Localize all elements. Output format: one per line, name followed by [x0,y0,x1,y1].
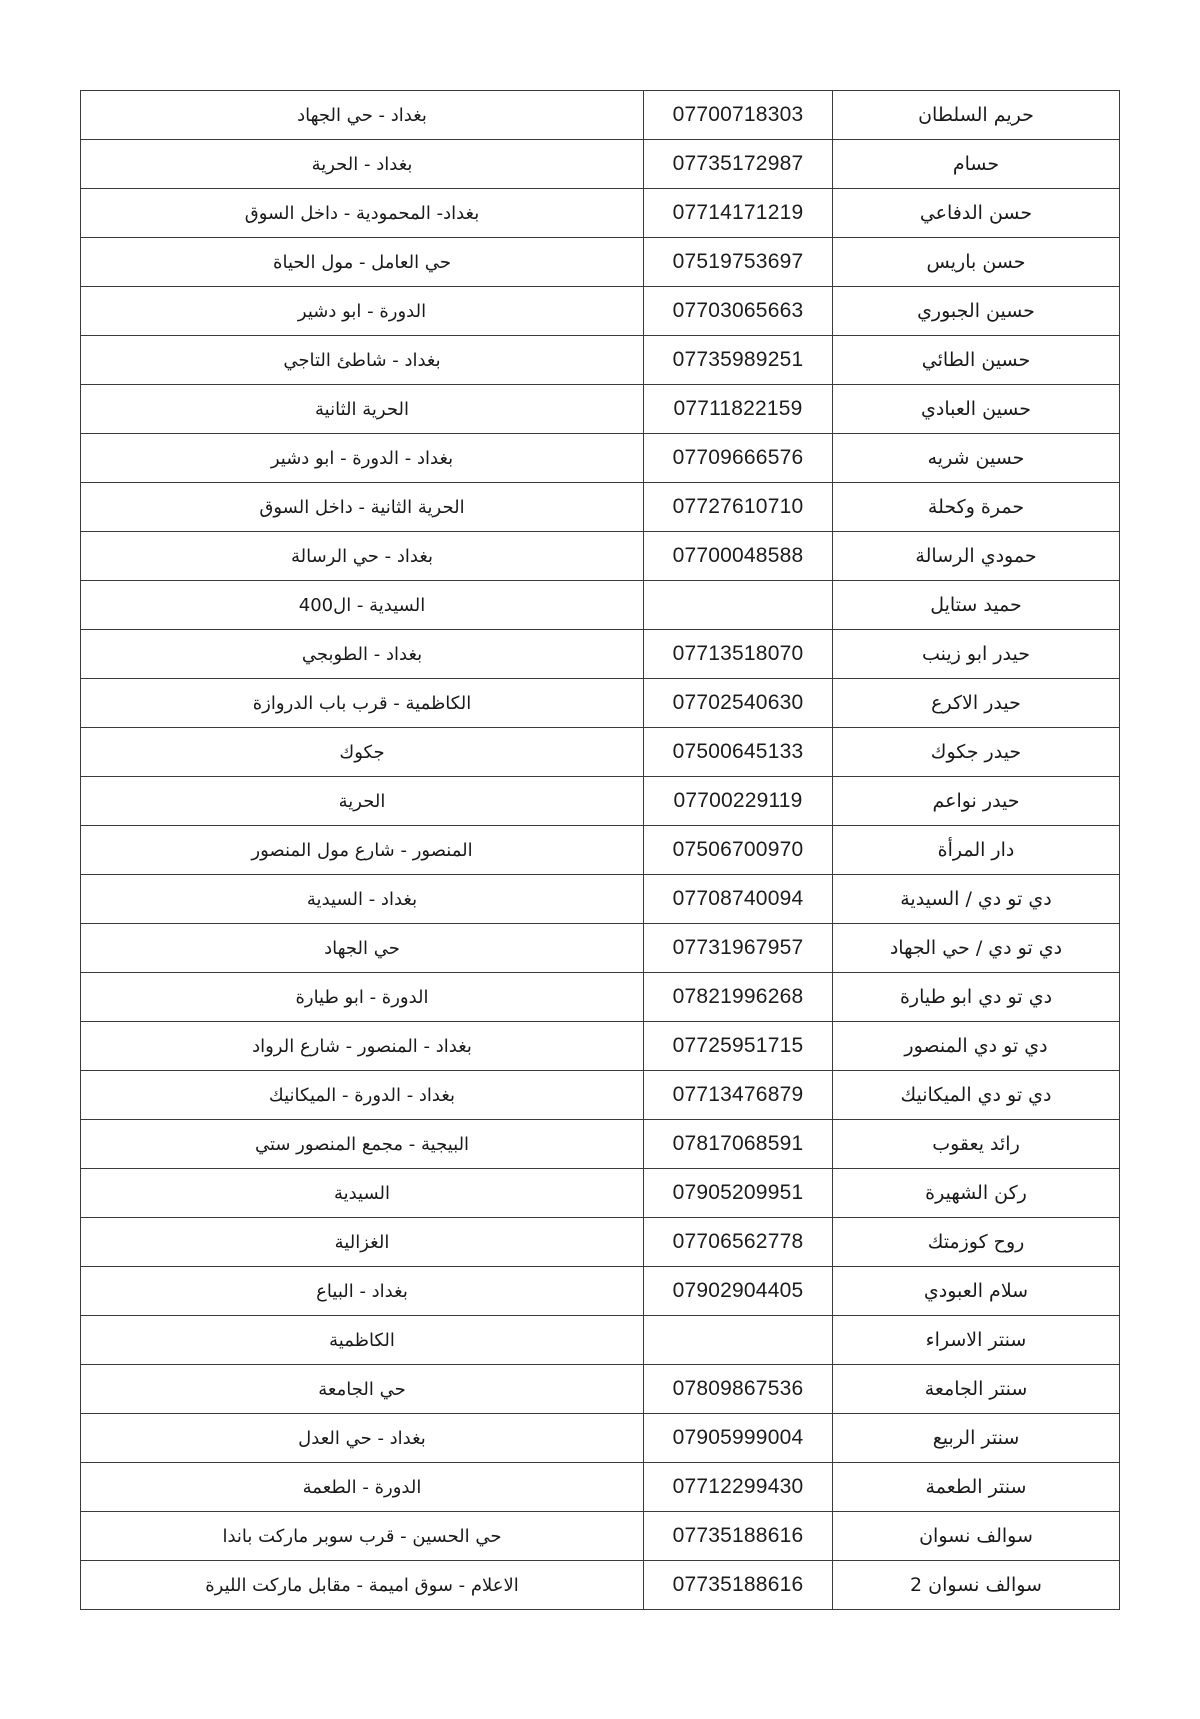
contact-phone-cell: 07700229119 [644,777,833,826]
contact-name-cell: دي تو دي / حي الجهاد [833,924,1120,973]
table-row: حسن الدفاعي 07714171219 بغداد- المحمودية… [81,189,1120,238]
table-row: دي تو دي ابو طيارة 07821996268 الدورة - … [81,973,1120,1022]
table-row: حسام 07735172987 بغداد - الحرية [81,140,1120,189]
contact-name-cell: حيدر نواعم [833,777,1120,826]
contact-address-cell: بغداد - المنصور - شارع الرواد [81,1022,644,1071]
table-row: حريم السلطان 07700718303 بغداد - حي الجه… [81,91,1120,140]
table-row: حسين العبادي 07711822159 الحرية الثانية [81,385,1120,434]
table-row: دي تو دي / السيدية 07708740094 بغداد - ا… [81,875,1120,924]
contact-address-cell: الدورة - ابو طيارة [81,973,644,1022]
contact-name-cell: سوالف نسوان [833,1512,1120,1561]
contact-name-cell: حسن باريس [833,238,1120,287]
contact-phone-cell: 07821996268 [644,973,833,1022]
table-row: دي تو دي / حي الجهاد 07731967957 حي الجه… [81,924,1120,973]
contact-phone-cell [644,581,833,630]
contact-phone-cell: 07905209951 [644,1169,833,1218]
table-row: حميد ستايل السيدية - ال400 [81,581,1120,630]
contact-phone-cell: 07700048588 [644,532,833,581]
contacts-table: حريم السلطان 07700718303 بغداد - حي الجه… [80,90,1120,1610]
contact-phone-cell: 07735188616 [644,1512,833,1561]
contact-address-cell: الكاظمية - قرب باب الدروازة [81,679,644,728]
contact-address-cell: السيدية - ال400 [81,581,644,630]
table-row: دار المرأة 07506700970 المنصور - شارع مو… [81,826,1120,875]
contact-name-cell: حمودي الرسالة [833,532,1120,581]
contact-name-cell: سنتر الجامعة [833,1365,1120,1414]
contact-name-cell: دار المرأة [833,826,1120,875]
contact-address-cell: الحرية الثانية - داخل السوق [81,483,644,532]
contact-phone-cell: 07817068591 [644,1120,833,1169]
contact-address-cell: الحرية الثانية [81,385,644,434]
contact-address-cell: بغداد - شاطئ التاجي [81,336,644,385]
table-row: حمرة وكحلة 07727610710 الحرية الثانية - … [81,483,1120,532]
contact-phone-cell: 07809867536 [644,1365,833,1414]
contact-phone-cell: 07702540630 [644,679,833,728]
contact-name-cell: حيدر جكوك [833,728,1120,777]
contact-name-cell: سنتر الطعمة [833,1463,1120,1512]
contact-address-cell: حي الحسين - قرب سوبر ماركت باندا [81,1512,644,1561]
contact-name-cell: ركن الشهيرة [833,1169,1120,1218]
contact-name-cell: سوالف نسوان 2 [833,1561,1120,1610]
table-row: حمودي الرسالة 07700048588 بغداد - حي الر… [81,532,1120,581]
contact-phone-cell: 07735989251 [644,336,833,385]
contact-address-cell: بغداد - الدورة - ابو دشير [81,434,644,483]
contact-address-cell: الدورة - ابو دشير [81,287,644,336]
contact-address-cell: المنصور - شارع مول المنصور [81,826,644,875]
contact-name-cell: حسين العبادي [833,385,1120,434]
contact-address-cell: حي العامل - مول الحياة [81,238,644,287]
contact-name-cell: حسين الجبوري [833,287,1120,336]
table-row: حيدر جكوك 07500645133 جكوك [81,728,1120,777]
table-row: حيدر ابو زينب 07713518070 بغداد - الطوبج… [81,630,1120,679]
contact-phone-cell: 07711822159 [644,385,833,434]
contact-name-cell: حسين الطائي [833,336,1120,385]
contact-name-cell: سلام العبودي [833,1267,1120,1316]
contact-address-cell: الغزالية [81,1218,644,1267]
contact-phone-cell: 07700718303 [644,91,833,140]
contact-name-cell: سنتر الاسراء [833,1316,1120,1365]
contact-phone-cell: 07713476879 [644,1071,833,1120]
contact-phone-cell: 07727610710 [644,483,833,532]
table-row: رائد يعقوب 07817068591 البيجية - مجمع ال… [81,1120,1120,1169]
contact-address-cell: حي الجامعة [81,1365,644,1414]
contact-address-cell: بغداد - حي الرسالة [81,532,644,581]
contact-phone-cell: 07506700970 [644,826,833,875]
contact-name-cell: دي تو دي المنصور [833,1022,1120,1071]
table-row: سنتر الاسراء الكاظمية [81,1316,1120,1365]
contact-address-cell: السيدية [81,1169,644,1218]
contact-phone-cell: 07713518070 [644,630,833,679]
contact-address-cell: بغداد - حي الجهاد [81,91,644,140]
table-row: سلام العبودي 07902904405 بغداد - البياع [81,1267,1120,1316]
contact-name-cell: سنتر الربيع [833,1414,1120,1463]
table-row: سنتر الجامعة 07809867536 حي الجامعة [81,1365,1120,1414]
table-row: دي تو دي الميكانيك 07713476879 بغداد - ا… [81,1071,1120,1120]
contact-phone-cell: 07712299430 [644,1463,833,1512]
contact-phone-cell: 07731967957 [644,924,833,973]
contact-phone-cell: 07709666576 [644,434,833,483]
contact-address-cell: بغداد - الطوبجي [81,630,644,679]
table-row: ركن الشهيرة 07905209951 السيدية [81,1169,1120,1218]
contact-phone-cell: 07905999004 [644,1414,833,1463]
contact-name-cell: حسام [833,140,1120,189]
contact-name-cell: حسن الدفاعي [833,189,1120,238]
contact-phone-cell: 07703065663 [644,287,833,336]
contact-address-cell: بغداد- المحمودية - داخل السوق [81,189,644,238]
contact-phone-cell: 07725951715 [644,1022,833,1071]
contact-name-cell: حيدر الاكرع [833,679,1120,728]
table-row: دي تو دي المنصور 07725951715 بغداد - الم… [81,1022,1120,1071]
contact-name-cell: حيدر ابو زينب [833,630,1120,679]
table-row: حسين الجبوري 07703065663 الدورة - ابو دش… [81,287,1120,336]
contact-address-cell: بغداد - الحرية [81,140,644,189]
contact-phone-cell: 07735172987 [644,140,833,189]
contact-phone-cell: 07735188616 [644,1561,833,1610]
table-row: حيدر الاكرع 07702540630 الكاظمية - قرب ب… [81,679,1120,728]
table-row: سنتر الطعمة 07712299430 الدورة - الطعمة [81,1463,1120,1512]
table-row: حيدر نواعم 07700229119 الحرية [81,777,1120,826]
contact-address-cell: بغداد - الدورة - الميكانيك [81,1071,644,1120]
table-row: حسين شريه 07709666576 بغداد - الدورة - ا… [81,434,1120,483]
contact-name-cell: دي تو دي الميكانيك [833,1071,1120,1120]
contact-name-cell: حسين شريه [833,434,1120,483]
contact-address-cell: حي الجهاد [81,924,644,973]
table-row: حسن باريس 07519753697 حي العامل - مول ال… [81,238,1120,287]
contact-name-cell: حريم السلطان [833,91,1120,140]
contact-address-cell: بغداد - البياع [81,1267,644,1316]
table-row: سنتر الربيع 07905999004 بغداد - حي العدل [81,1414,1120,1463]
contact-name-cell: دي تو دي ابو طيارة [833,973,1120,1022]
contact-address-cell: الاعلام - سوق اميمة - مقابل ماركت الليرة [81,1561,644,1610]
table-row: روح كوزمتك 07706562778 الغزالية [81,1218,1120,1267]
contact-name-cell: دي تو دي / السيدية [833,875,1120,924]
contact-name-cell: رائد يعقوب [833,1120,1120,1169]
contact-name-cell: حميد ستايل [833,581,1120,630]
contact-address-cell: بغداد - حي العدل [81,1414,644,1463]
contact-address-cell: الكاظمية [81,1316,644,1365]
table-row: سوالف نسوان 07735188616 حي الحسين - قرب … [81,1512,1120,1561]
contact-phone-cell: 07714171219 [644,189,833,238]
contact-phone-cell: 07706562778 [644,1218,833,1267]
contact-address-cell: بغداد - السيدية [81,875,644,924]
contact-phone-cell [644,1316,833,1365]
contacts-table-body: حريم السلطان 07700718303 بغداد - حي الجه… [81,91,1120,1610]
contact-address-cell: البيجية - مجمع المنصور ستي [81,1120,644,1169]
contact-phone-cell: 07519753697 [644,238,833,287]
contact-name-cell: حمرة وكحلة [833,483,1120,532]
contact-address-cell: جكوك [81,728,644,777]
contact-phone-cell: 07500645133 [644,728,833,777]
table-row: سوالف نسوان 2 07735188616 الاعلام - سوق … [81,1561,1120,1610]
document-page: حريم السلطان 07700718303 بغداد - حي الجه… [0,0,1200,1719]
contact-name-cell: روح كوزمتك [833,1218,1120,1267]
contact-phone-cell: 07708740094 [644,875,833,924]
table-row: حسين الطائي 07735989251 بغداد - شاطئ الت… [81,336,1120,385]
contact-phone-cell: 07902904405 [644,1267,833,1316]
contact-address-cell: الحرية [81,777,644,826]
contact-address-cell: الدورة - الطعمة [81,1463,644,1512]
